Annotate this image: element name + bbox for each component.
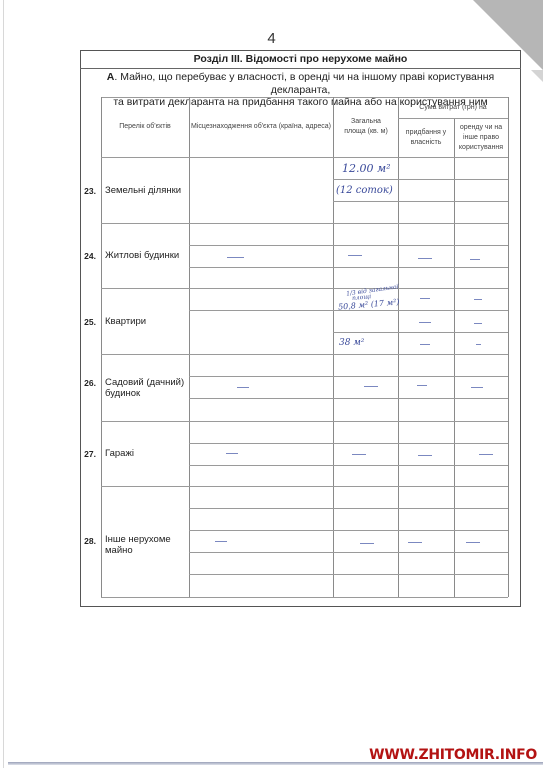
dash-r27-rent xyxy=(479,454,493,455)
dash-r25-3-rent xyxy=(476,344,481,345)
header-objects: Перелік об'єктів xyxy=(101,97,189,157)
dash-r25-3-purchase xyxy=(420,344,430,345)
page-edge xyxy=(3,0,4,768)
header-area: Загальна площа (кв. м) xyxy=(340,97,392,157)
row-number-24: 24. xyxy=(76,251,96,261)
row-label-land: Земельні ділянки xyxy=(105,185,191,196)
dash-r24-area xyxy=(348,255,362,256)
dash-r26-location xyxy=(237,387,249,388)
dash-r25-2-purchase xyxy=(419,322,431,323)
handwritten-apt-area-2: 38 м² xyxy=(339,338,364,348)
dash-r24-rent xyxy=(470,259,480,260)
header-expenses: Сума витрат (грн) на xyxy=(398,97,508,118)
dash-r27-purchase xyxy=(418,455,432,456)
row-label-garages: Гаражі xyxy=(105,448,191,459)
row-label-apartments: Квартири xyxy=(105,316,191,327)
dash-r24-purchase xyxy=(418,258,432,259)
dash-r28-location xyxy=(215,541,227,542)
row-label-garden-house: Садовий (дачний) будинок xyxy=(105,377,191,399)
row-number-26: 26. xyxy=(76,378,96,388)
row-number-27: 27. xyxy=(76,449,96,459)
subsection-line-1: . Майно, що перебуває у власності, в оре… xyxy=(114,71,494,96)
dash-r28-rent xyxy=(466,542,480,543)
header-purchase: придбання у власність xyxy=(402,118,450,157)
folded-corner-shadow xyxy=(531,70,543,82)
dash-r28-purchase xyxy=(408,542,422,543)
header-rent: оренду чи на інше право користування xyxy=(456,118,506,157)
dash-r26-purchase xyxy=(417,385,427,386)
dash-r25-2-rent xyxy=(474,323,482,324)
dash-r24-location xyxy=(227,257,244,258)
row-label-other-property: Інше нерухоме майно xyxy=(105,534,191,556)
dash-r28-area xyxy=(360,543,374,544)
dash-r26-rent xyxy=(471,387,483,388)
row-number-23: 23. xyxy=(76,186,96,196)
dash-r26-area xyxy=(364,386,378,387)
dash-r27-area xyxy=(352,454,366,455)
site-watermark: WWW.ZHITOMIR.INFO xyxy=(369,747,537,763)
dash-r27-location xyxy=(226,453,238,454)
page-bottom-shadow xyxy=(8,762,543,765)
dash-r25-1-rent xyxy=(474,299,482,300)
page-number: 4 xyxy=(0,30,543,47)
dash-r25-1-purchase xyxy=(420,298,430,299)
header-location: Місцезнаходження об'єкта (країна, адреса… xyxy=(189,97,333,157)
row-number-25: 25. xyxy=(76,317,96,327)
row-label-houses: Житлові будинки xyxy=(105,250,191,261)
handwritten-land-area: 12.00 м² xyxy=(342,162,391,175)
row-number-28: 28. xyxy=(76,536,96,546)
handwritten-land-area-sotok: (12 соток) xyxy=(336,185,393,196)
section-title: Розділ III. Відомості про нерухоме майно xyxy=(80,50,521,69)
